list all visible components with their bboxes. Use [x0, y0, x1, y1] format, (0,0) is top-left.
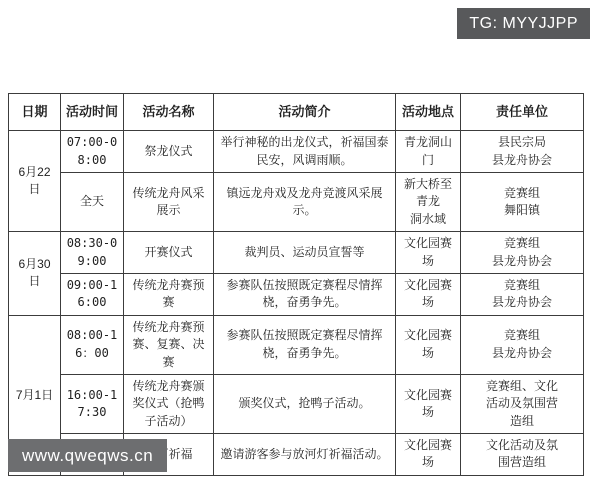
place-cell: 新大桥至青龙 洞水域 [396, 173, 461, 232]
header-desc: 活动简介 [214, 94, 396, 131]
place-cell: 青龙洞山门 [396, 131, 461, 173]
time-cell: 07:00-08:00 [61, 131, 124, 173]
place-cell: 文化园赛场 [396, 315, 461, 374]
header-name: 活动名称 [124, 94, 214, 131]
desc-cell: 镇远龙舟戏及龙舟竞渡风采展示。 [214, 173, 396, 232]
unit-cell: 文化活动及氛 围营造组 [461, 434, 584, 476]
time-cell: 16:00-17:30 [61, 374, 124, 433]
place-cell: 文化园赛场 [396, 273, 461, 315]
name-cell: 传统龙舟赛预赛 [124, 273, 214, 315]
name-cell: 祭龙仪式 [124, 131, 214, 173]
desc-cell: 邀请游客参与放河灯祈福活动。 [214, 434, 396, 476]
time-cell: 09:00-16:00 [61, 273, 124, 315]
unit-cell: 竞赛组 县龙舟协会 [461, 315, 584, 374]
header-time: 活动时间 [61, 94, 124, 131]
header-unit: 责任单位 [461, 94, 584, 131]
desc-cell: 举行神秘的出龙仪式，祈福国泰民安，风调雨顺。 [214, 131, 396, 173]
unit-cell: 竞赛组 县龙舟协会 [461, 232, 584, 274]
unit-cell: 县民宗局 县龙舟协会 [461, 131, 584, 173]
unit-cell: 竞赛组 县龙舟协会 [461, 273, 584, 315]
place-cell: 文化园赛场 [396, 232, 461, 274]
table-header-row: 日期 活动时间 活动名称 活动简介 活动地点 责任单位 [9, 94, 584, 131]
date-cell: 6月30日 [9, 232, 61, 316]
table-row: 全天 传统龙舟风采展示 镇远龙舟戏及龙舟竞渡风采展示。 新大桥至青龙 洞水域 竞… [9, 173, 584, 232]
name-cell: 传统龙舟赛颁奖仪式（抢鸭子活动） [124, 374, 214, 433]
desc-cell: 裁判员、运动员宣誓等 [214, 232, 396, 274]
place-cell: 文化园赛场 [396, 434, 461, 476]
tg-badge: TG: MYYJJPP [457, 8, 590, 39]
date-cell: 6月22日 [9, 131, 61, 232]
time-cell: 08:30-09:00 [61, 232, 124, 274]
unit-cell: 竞赛组、文化 活动及氛围营 造组 [461, 374, 584, 433]
name-cell: 传统龙舟风采展示 [124, 173, 214, 232]
table-row: 6月22日 07:00-08:00 祭龙仪式 举行神秘的出龙仪式，祈福国泰民安，… [9, 131, 584, 173]
desc-cell: 参赛队伍按照既定赛程尽情挥桡，奋勇争先。 [214, 315, 396, 374]
desc-cell: 参赛队伍按照既定赛程尽情挥桡，奋勇争先。 [214, 273, 396, 315]
unit-cell: 竞赛组 舞阳镇 [461, 173, 584, 232]
header-place: 活动地点 [396, 94, 461, 131]
header-date: 日期 [9, 94, 61, 131]
time-cell: 全天 [61, 173, 124, 232]
table-row: 16:00-17:30 传统龙舟赛颁奖仪式（抢鸭子活动） 颁奖仪式，抢鸭子活动。… [9, 374, 584, 433]
desc-cell: 颁奖仪式，抢鸭子活动。 [214, 374, 396, 433]
table-row: 6月30日 08:30-09:00 开赛仪式 裁判员、运动员宣誓等 文化园赛场 … [9, 232, 584, 274]
event-schedule-table: 日期 活动时间 活动名称 活动简介 活动地点 责任单位 6月22日 07:00-… [8, 93, 584, 476]
name-cell: 传统龙舟赛预赛、复赛、决赛 [124, 315, 214, 374]
table-row: 09:00-16:00 传统龙舟赛预赛 参赛队伍按照既定赛程尽情挥桡，奋勇争先。… [9, 273, 584, 315]
table-row: 7月1日 08:00-16：00 传统龙舟赛预赛、复赛、决赛 参赛队伍按照既定赛… [9, 315, 584, 374]
place-cell: 文化园赛场 [396, 374, 461, 433]
name-cell: 开赛仪式 [124, 232, 214, 274]
time-cell: 08:00-16：00 [61, 315, 124, 374]
site-watermark: www.qweqws.cn [8, 439, 167, 472]
